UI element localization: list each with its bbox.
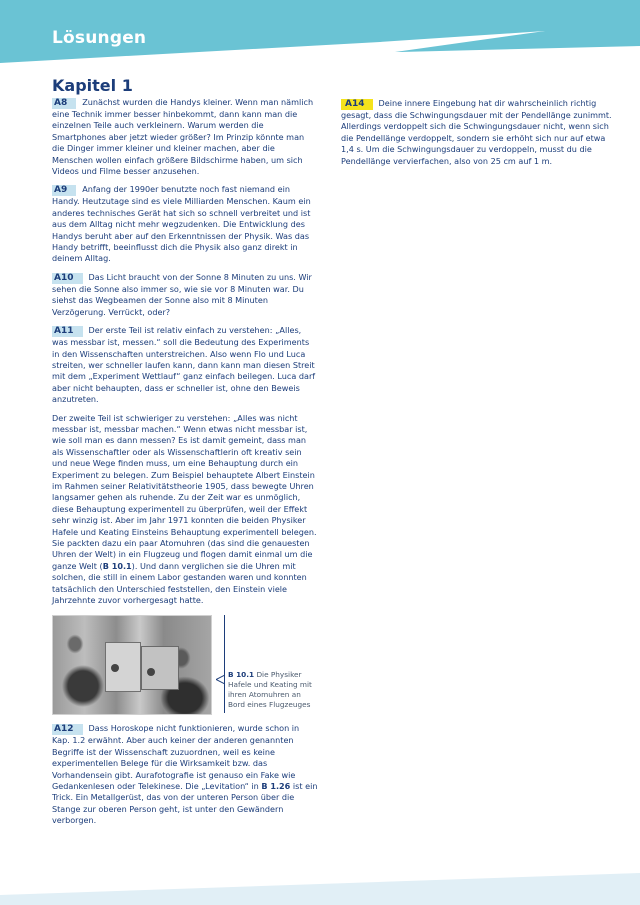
- figure-reference-link[interactable]: B 10.1: [103, 561, 132, 571]
- chapter-title: Kapitel 1: [52, 76, 133, 95]
- footer-band: [0, 865, 640, 905]
- answer-a11-part2: Der zweite Teil ist schwieriger zu verst…: [52, 413, 318, 607]
- answer-label-badge: A10: [52, 273, 83, 284]
- figure-reference-link[interactable]: B 1.26: [261, 781, 290, 791]
- answer-a9: A9Anfang der 1990er benutzte noch fast n…: [52, 184, 318, 264]
- answer-a14: A14Deine innere Eingebung hat dir wahrsc…: [341, 98, 613, 167]
- answer-label-badge: A9: [52, 185, 76, 196]
- answer-text: Das Licht braucht von der Sonne 8 Minute…: [52, 272, 312, 317]
- page-title: Lösungen: [52, 28, 146, 48]
- answer-label-badge: A12: [52, 724, 83, 735]
- footer-wave-shape: [0, 865, 640, 905]
- photo-equipment-rack: [141, 646, 179, 690]
- answer-a8: A8Zunächst wurden die Handys kleiner. We…: [52, 97, 318, 177]
- right-column: A14Deine innere Eingebung hat dir wahrsc…: [341, 98, 613, 174]
- answer-a10: A10Das Licht braucht von der Sonne 8 Min…: [52, 272, 318, 318]
- answer-label-badge: A8: [52, 98, 76, 109]
- answer-label-badge-highlighted: A14: [341, 99, 373, 110]
- answer-text: Zunächst wurden die Handys kleiner. Wenn…: [52, 97, 313, 176]
- caption-bracket-tick-icon: [216, 675, 225, 684]
- left-column: A8Zunächst wurden die Handys kleiner. We…: [52, 97, 318, 834]
- answer-label-badge: A11: [52, 326, 83, 337]
- answer-a11: A11Der erste Teil ist relativ einfach zu…: [52, 325, 318, 405]
- caption-bracket-line: [224, 615, 225, 713]
- atomic-clock-photo: [52, 615, 212, 715]
- answer-a12: A12Dass Horoskope nicht funktionieren, w…: [52, 723, 318, 826]
- caption-ref: B 10.1: [228, 670, 254, 679]
- answer-text: Deine innere Eingebung hat dir wahrschei…: [341, 98, 612, 166]
- answer-text: Der zweite Teil ist schwieriger zu verst…: [52, 413, 317, 571]
- answer-text: Anfang der 1990er benutzte noch fast nie…: [52, 184, 311, 263]
- answer-text: Der erste Teil ist relativ einfach zu ve…: [52, 325, 315, 404]
- figure-b10-1: B 10.1 Die Physiker Hafele und Keating m…: [52, 613, 318, 717]
- figure-caption: B 10.1 Die Physiker Hafele und Keating m…: [228, 670, 320, 709]
